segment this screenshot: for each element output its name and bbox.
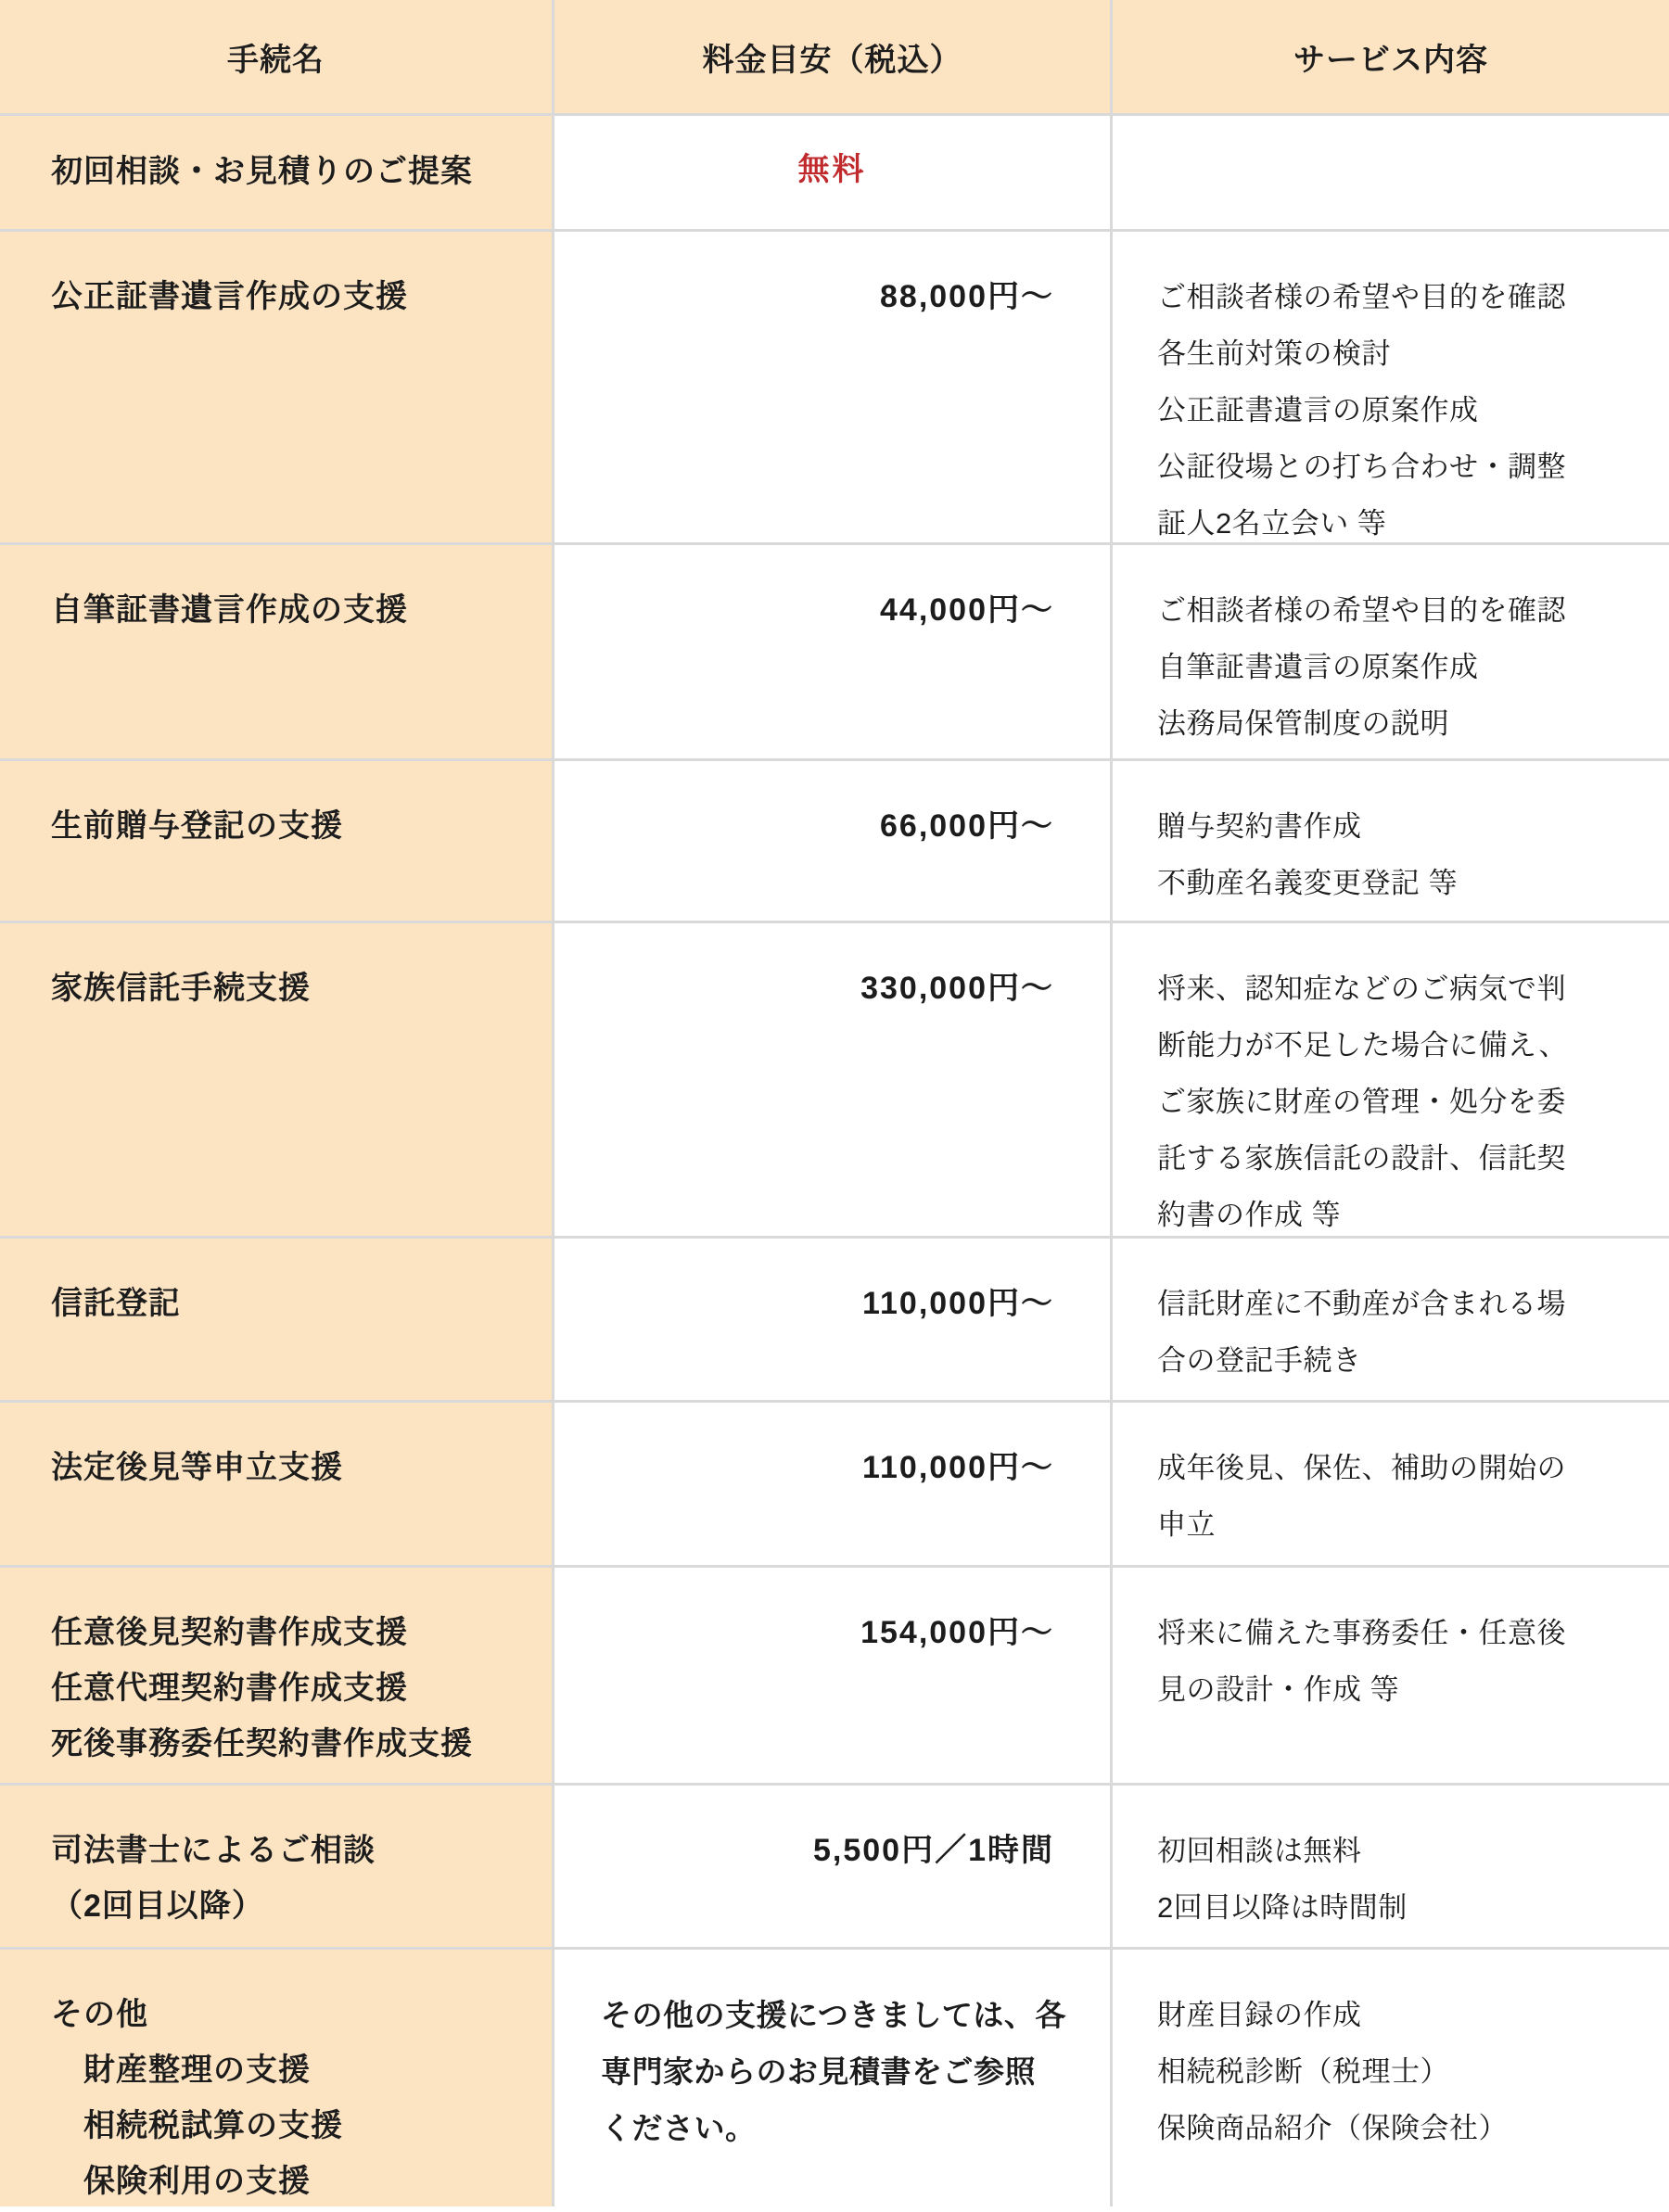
price-text: 330,000円～ [573, 960, 1054, 1017]
procedure-line: 初回相談・お見積りのご提案 [51, 144, 535, 199]
price-cell: 330,000円～ [554, 923, 1110, 1236]
price-cell: 154,000円～ [554, 1568, 1110, 1783]
price-text: 110,000円～ [573, 1276, 1054, 1332]
service-line: 証人2名立会い 等 [1157, 495, 1634, 542]
price-cell: 無料 [554, 116, 1110, 229]
price-text: 154,000円～ [573, 1605, 1054, 1661]
service-line: 見の設計・作成 等 [1157, 1661, 1634, 1718]
service-line: ご相談者様の希望や目的を確認 [1157, 582, 1634, 639]
procedure-line: 家族信託手続支援 [51, 960, 535, 1016]
procedure-line: 公正証書遺言作成の支援 [51, 269, 535, 324]
service-cell: 信託財産に不動産が含まれる場 合の登記手続き [1113, 1239, 1669, 1400]
price-text: 44,000円～ [573, 582, 1054, 639]
price-cell: 44,000円～ [554, 545, 1110, 758]
procedure-line: 生前贈与登記の支援 [51, 798, 535, 854]
service-cell: ご相談者様の希望や目的を確認 自筆証書遺言の原案作成 法務局保管制度の説明 [1113, 545, 1669, 758]
procedure-line: 死後事務委任契約書作成支援 [51, 1716, 535, 1772]
price-cell: 110,000円～ [554, 1403, 1110, 1565]
procedure-line: 財産整理の支援 [51, 2042, 535, 2098]
price-text: 5,500円／1時間 [573, 1823, 1054, 1879]
price-cell: 66,000円～ [554, 761, 1110, 921]
procedure-cell: 司法書士によるご相談 （2回目以降） [0, 1786, 552, 1947]
procedure-cell: 公正証書遺言作成の支援 [0, 232, 552, 542]
service-line: 不動産名義変更登記 等 [1157, 855, 1634, 911]
procedure-cell: その他 財産整理の支援 相続税試算の支援 保険利用の支援 [0, 1950, 552, 2206]
price-note-line: ください。 [601, 2100, 1075, 2156]
procedure-cell: 生前贈与登記の支援 [0, 761, 552, 921]
service-line: ご相談者様の希望や目的を確認 [1157, 269, 1634, 325]
col-header-price: 料金目安（税込） [554, 0, 1110, 113]
service-line: 各生前対策の検討 [1157, 325, 1634, 382]
service-line: 自筆証書遺言の原案作成 [1157, 639, 1634, 695]
service-cell: ご相談者様の希望や目的を確認 各生前対策の検討 公正証書遺言の原案作成 公証役場… [1113, 232, 1669, 542]
service-cell [1113, 116, 1669, 229]
price-note-line: その他の支援につきましては、各 [601, 1987, 1075, 2043]
service-line: 保険商品紹介（保険会社） [1157, 2100, 1634, 2156]
service-line: 成年後見、保佐、補助の開始の [1157, 1440, 1634, 1496]
price-note-line: 専門家からのお見積書をご参照 [601, 2043, 1075, 2100]
procedure-line: 相続税試算の支援 [51, 2098, 535, 2154]
service-line: 断能力が不足した場合に備え、 [1157, 1017, 1634, 1074]
service-cell: 財産目録の作成 相続税診断（税理士） 保険商品紹介（保険会社） [1113, 1950, 1669, 2206]
procedure-line: その他 [51, 1987, 535, 2042]
col-header-procedure: 手続名 [0, 0, 552, 113]
service-cell: 初回相談は無料 2回目以降は時間制 [1113, 1786, 1669, 1947]
price-free-text: 無料 [573, 142, 1091, 198]
procedure-line: 任意代理契約書作成支援 [51, 1660, 535, 1716]
procedure-cell: 信託登記 [0, 1239, 552, 1400]
pricing-table: 手続名 料金目安（税込） サービス内容 初回相談・お見積りのご提案 無料 公正証… [0, 0, 1669, 2206]
service-cell: 将来に備えた事務委任・任意後 見の設計・作成 等 [1113, 1568, 1669, 1783]
price-text: 66,000円～ [573, 798, 1054, 855]
procedure-line: 任意後見契約書作成支援 [51, 1605, 535, 1660]
service-line: 法務局保管制度の説明 [1157, 695, 1634, 752]
procedure-cell: 法定後見等申立支援 [0, 1403, 552, 1565]
price-text: 110,000円～ [573, 1440, 1054, 1496]
price-list-page: 手続名 料金目安（税込） サービス内容 初回相談・お見積りのご提案 無料 公正証… [0, 0, 1669, 2212]
service-line: ご家族に財産の管理・処分を委 [1157, 1074, 1634, 1130]
service-cell: 贈与契約書作成 不動産名義変更登記 等 [1113, 761, 1669, 921]
service-line: 初回相談は無料 [1157, 1823, 1634, 1879]
service-line: 約書の作成 等 [1157, 1187, 1634, 1236]
procedure-line: 司法書士によるご相談 [51, 1823, 535, 1878]
service-line: 公証役場との打ち合わせ・調整 [1157, 439, 1634, 495]
service-line: 信託財産に不動産が含まれる場 [1157, 1276, 1634, 1332]
service-line: 将来に備えた事務委任・任意後 [1157, 1605, 1634, 1661]
service-line: 2回目以降は時間制 [1157, 1879, 1634, 1936]
service-line: 贈与契約書作成 [1157, 798, 1634, 855]
service-line: 公正証書遺言の原案作成 [1157, 382, 1634, 439]
service-line: 託する家族信託の設計、信託契 [1157, 1130, 1634, 1187]
service-cell: 成年後見、保佐、補助の開始の 申立 [1113, 1403, 1669, 1565]
price-cell: 110,000円～ [554, 1239, 1110, 1400]
price-cell: その他の支援につきましては、各 専門家からのお見積書をご参照 ください。 [554, 1950, 1110, 2206]
service-line: 財産目録の作成 [1157, 1987, 1634, 2043]
procedure-cell: 自筆証書遺言作成の支援 [0, 545, 552, 758]
col-header-service: サービス内容 [1113, 0, 1669, 113]
procedure-line: 法定後見等申立支援 [51, 1440, 535, 1495]
service-line: 将来、認知症などのご病気で判 [1157, 960, 1634, 1017]
service-line: 相続税診断（税理士） [1157, 2043, 1634, 2100]
service-line: 合の登記手続き [1157, 1332, 1634, 1389]
procedure-cell: 任意後見契約書作成支援 任意代理契約書作成支援 死後事務委任契約書作成支援 [0, 1568, 552, 1783]
procedure-line: 自筆証書遺言作成の支援 [51, 582, 535, 638]
price-cell: 88,000円～ [554, 232, 1110, 542]
procedure-line: （2回目以降） [51, 1878, 535, 1934]
procedure-line: 信託登記 [51, 1276, 535, 1331]
procedure-cell: 初回相談・お見積りのご提案 [0, 116, 552, 229]
service-line: 申立 [1157, 1496, 1634, 1553]
service-cell: 将来、認知症などのご病気で判 断能力が不足した場合に備え、 ご家族に財産の管理・… [1113, 923, 1669, 1236]
price-text: 88,000円～ [573, 269, 1054, 325]
procedure-line: 保険利用の支援 [51, 2154, 535, 2206]
procedure-cell: 家族信託手続支援 [0, 923, 552, 1236]
price-cell: 5,500円／1時間 [554, 1786, 1110, 1947]
